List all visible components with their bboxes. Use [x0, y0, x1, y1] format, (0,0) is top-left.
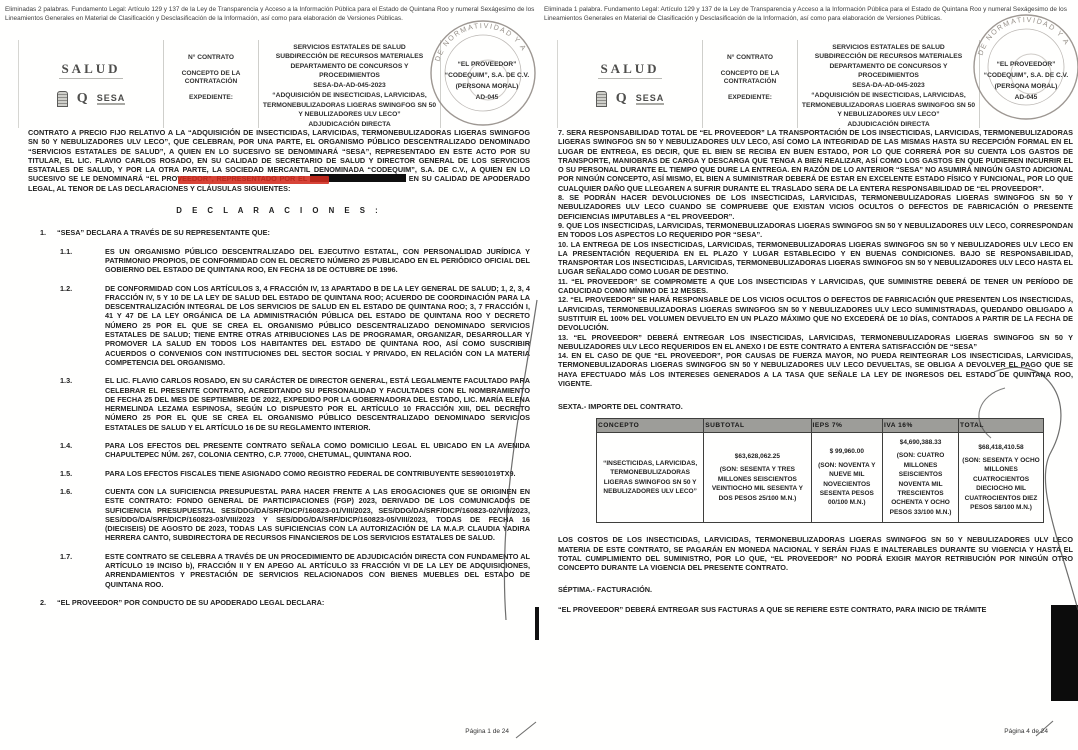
edge-redaction-block: [1051, 605, 1078, 701]
header-center: SERVICIOS ESTATALES DE SALUD SUBDIRECCIÓ…: [258, 40, 440, 128]
org-line-2: SUBDIRECCIÓN DE RECURSOS MATERIALES: [262, 52, 437, 61]
declaration-item: 2. “EL PROVEEDOR” POR CONDUCTO DE SU APO…: [40, 598, 530, 607]
table-row: “INSECTICIDAS, LARVICIDAS, TERMONEBULIZA…: [597, 432, 1044, 522]
table-header-row: CONCEPTO SUBTOTAL IEPS 7% IVA 16% TOTAL: [597, 418, 1044, 432]
col-total: TOTAL: [959, 418, 1044, 432]
contract-title: “ADQUISICIÓN DE INSECTICIDAS, LARVICIDAS…: [801, 91, 976, 119]
tower-icon: [57, 91, 68, 107]
cell-subtotal: $63,628,062.25 (SON: SESENTA Y TRES MILL…: [704, 432, 811, 522]
declaration-subitem: 1.7. ESTE CONTRATO SE CELEBRA A TRAVÉS D…: [60, 552, 530, 589]
label-contrato: N° CONTRATO: [727, 54, 773, 63]
clause-paragraph: 7. SERA RESPONSABILIDAD TOTAL DE “EL PRO…: [558, 128, 1073, 193]
declaration-subitem: 1.1. ES UN ORGANISMO PÚBLICO DESCENTRALI…: [60, 247, 530, 275]
qroo-logo-icon: Q: [77, 91, 88, 107]
page2-body: 7. SERA RESPONSABILIDAD TOTAL DE “EL PRO…: [558, 128, 1073, 614]
org-line-3: DEPARTAMENTO DE CONCURSOS Y PROCEDIMIENT…: [801, 62, 976, 81]
org-line-2: SUBDIRECCIÓN DE RECURSOS MATERIALES: [801, 52, 976, 61]
costs-paragraph: LOS COSTOS DE LOS INSECTICIDAS, LARVICID…: [558, 535, 1073, 572]
importe-table: CONCEPTO SUBTOTAL IEPS 7% IVA 16% TOTAL …: [596, 418, 1044, 524]
circular-stamp-icon: DE NORMATIVIDAD Y A: [967, 8, 1078, 126]
contract-number: SESA-DA-AD-045-2023: [801, 81, 976, 90]
salud-wordmark: SALUD: [59, 61, 122, 79]
sesa-logo: SESA: [97, 93, 126, 105]
svg-text:DE NORMATIVIDAD Y A: DE NORMATIVIDAD Y A: [976, 15, 1072, 57]
declaration-subitem: 1.4. PARA LOS EFECTOS DEL PRESENTE CONTR…: [60, 441, 530, 460]
clause-paragraph: 8. SE PODRÁN HACER DEVOLUCIONES DE LOS I…: [558, 193, 1073, 221]
label-expediente: EXPEDIENTE:: [728, 94, 772, 103]
header-labels: N° CONTRATO CONCEPTO DE LA CONTRATACIÓN …: [163, 40, 258, 128]
declaration-subitem: 1.6. CUENTA CON LA SUFICIENCIA PRESUPUES…: [60, 487, 530, 543]
logo-block: SALUD Q SESA: [18, 40, 163, 128]
cell-iva: $4,690,388.33 (SON: CUATRO MILLONES SEIS…: [883, 432, 959, 522]
declaration-subitem: 1.3. EL LIC. FLAVIO CARLOS ROSADO, EN SU…: [60, 376, 530, 432]
org-line-1: SERVICIOS ESTATALES DE SALUD: [801, 43, 976, 52]
declaraciones-heading: D E C L A R A C I O N E S :: [28, 206, 530, 215]
salud-wordmark: SALUD: [598, 61, 661, 79]
col-subtotal: SUBTOTAL: [704, 418, 811, 432]
page-2: Eliminada 1 palabra. Fundamento Legal: A…: [539, 0, 1078, 750]
declaration-item: 1. “SESA” DECLARA A TRAVÉS DE SU REPRESE…: [40, 228, 530, 237]
page-number: Página 4 de 24: [1004, 728, 1048, 735]
label-concepto: CONCEPTO DE LA CONTRATACIÓN: [706, 70, 794, 87]
red-redaction-bar: [178, 176, 329, 184]
cell-total: $68,418,410.58 (SON: SESENTA Y OCHO MILL…: [959, 432, 1044, 522]
label-expediente: EXPEDIENTE:: [189, 94, 233, 103]
facturacion-paragraph: “EL PROVEEDOR” DEBERÁ ENTREGAR SUS FACTU…: [558, 605, 1073, 614]
declaration-subitem: 1.2. DE CONFORMIDAD CON LOS ARTÍCULOS 3,…: [60, 284, 530, 368]
col-concepto: CONCEPTO: [597, 418, 704, 432]
document-scan-canvas: Eliminadas 2 palabras. Fundamento Legal:…: [0, 0, 1078, 750]
org-line-3: DEPARTAMENTO DE CONCURSOS Y PROCEDIMIENT…: [262, 62, 437, 81]
contract-number: SESA-DA-AD-045-2023: [262, 81, 437, 90]
page-1: Eliminadas 2 palabras. Fundamento Legal:…: [0, 0, 539, 750]
page-number: Página 1 de 24: [465, 728, 509, 735]
clause-paragraph: 9. QUE LOS INSECTICIDAS, LARVICIDAS, TER…: [558, 221, 1073, 240]
clause-paragraph: 14. EN EL CASO DE QUE “EL PROVEEDOR”, PO…: [558, 351, 1073, 388]
clause-paragraph: 11. “EL PROVEEDOR” SE COMPROMETE A QUE L…: [558, 277, 1073, 296]
logo-block: SALUD Q SESA: [557, 40, 702, 128]
header-center: SERVICIOS ESTATALES DE SALUD SUBDIRECCIÓ…: [797, 40, 979, 128]
clause-paragraph: 12. “EL PROVEEDOR” SE HARÁ RESPONSABLE D…: [558, 295, 1073, 332]
cell-ieps: $ 99,960.00 (SON: NOVENTA Y NUEVE MIL NO…: [811, 432, 883, 522]
sesa-logo: SESA: [636, 93, 665, 105]
septima-clause-heading: SÉPTIMA.- FACTURACIÓN.: [558, 585, 1073, 594]
header-labels: N° CONTRATO CONCEPTO DE LA CONTRATACIÓN …: [702, 40, 797, 128]
sexta-clause-heading: SEXTA.- IMPORTE DEL CONTRATO.: [558, 402, 1073, 411]
page1-body: CONTRATO A PRECIO FIJO RELATIVO A LA “AD…: [28, 128, 530, 616]
declaration-subitem: 1.5. PARA LOS EFECTOS FISCALES TIENE ASI…: [60, 469, 530, 478]
tower-icon: [596, 91, 607, 107]
qroo-logo-icon: Q: [616, 91, 627, 107]
label-concepto: CONCEPTO DE LA CONTRATACIÓN: [167, 70, 255, 87]
circular-stamp-icon: DE NORMATIVIDAD Y A: [424, 14, 539, 132]
clause-paragraph: 10. LA ENTREGA DE LOS INSECTICIDAS, LARV…: [558, 240, 1073, 277]
clause-paragraph: 13. “EL PROVEEDOR” DEBERÁ ENTREGAR LOS I…: [558, 333, 1073, 352]
org-line-1: SERVICIOS ESTATALES DE SALUD: [262, 43, 437, 52]
svg-text:DE NORMATIVIDAD Y A: DE NORMATIVIDAD Y A: [433, 21, 529, 63]
contract-title: “ADQUISICIÓN DE INSECTICIDAS, LARVICIDAS…: [262, 91, 437, 119]
col-ieps: IEPS 7%: [811, 418, 883, 432]
col-iva: IVA 16%: [883, 418, 959, 432]
cell-concepto: “INSECTICIDAS, LARVICIDAS, TERMONEBULIZA…: [597, 432, 704, 522]
label-contrato: N° CONTRATO: [188, 54, 234, 63]
